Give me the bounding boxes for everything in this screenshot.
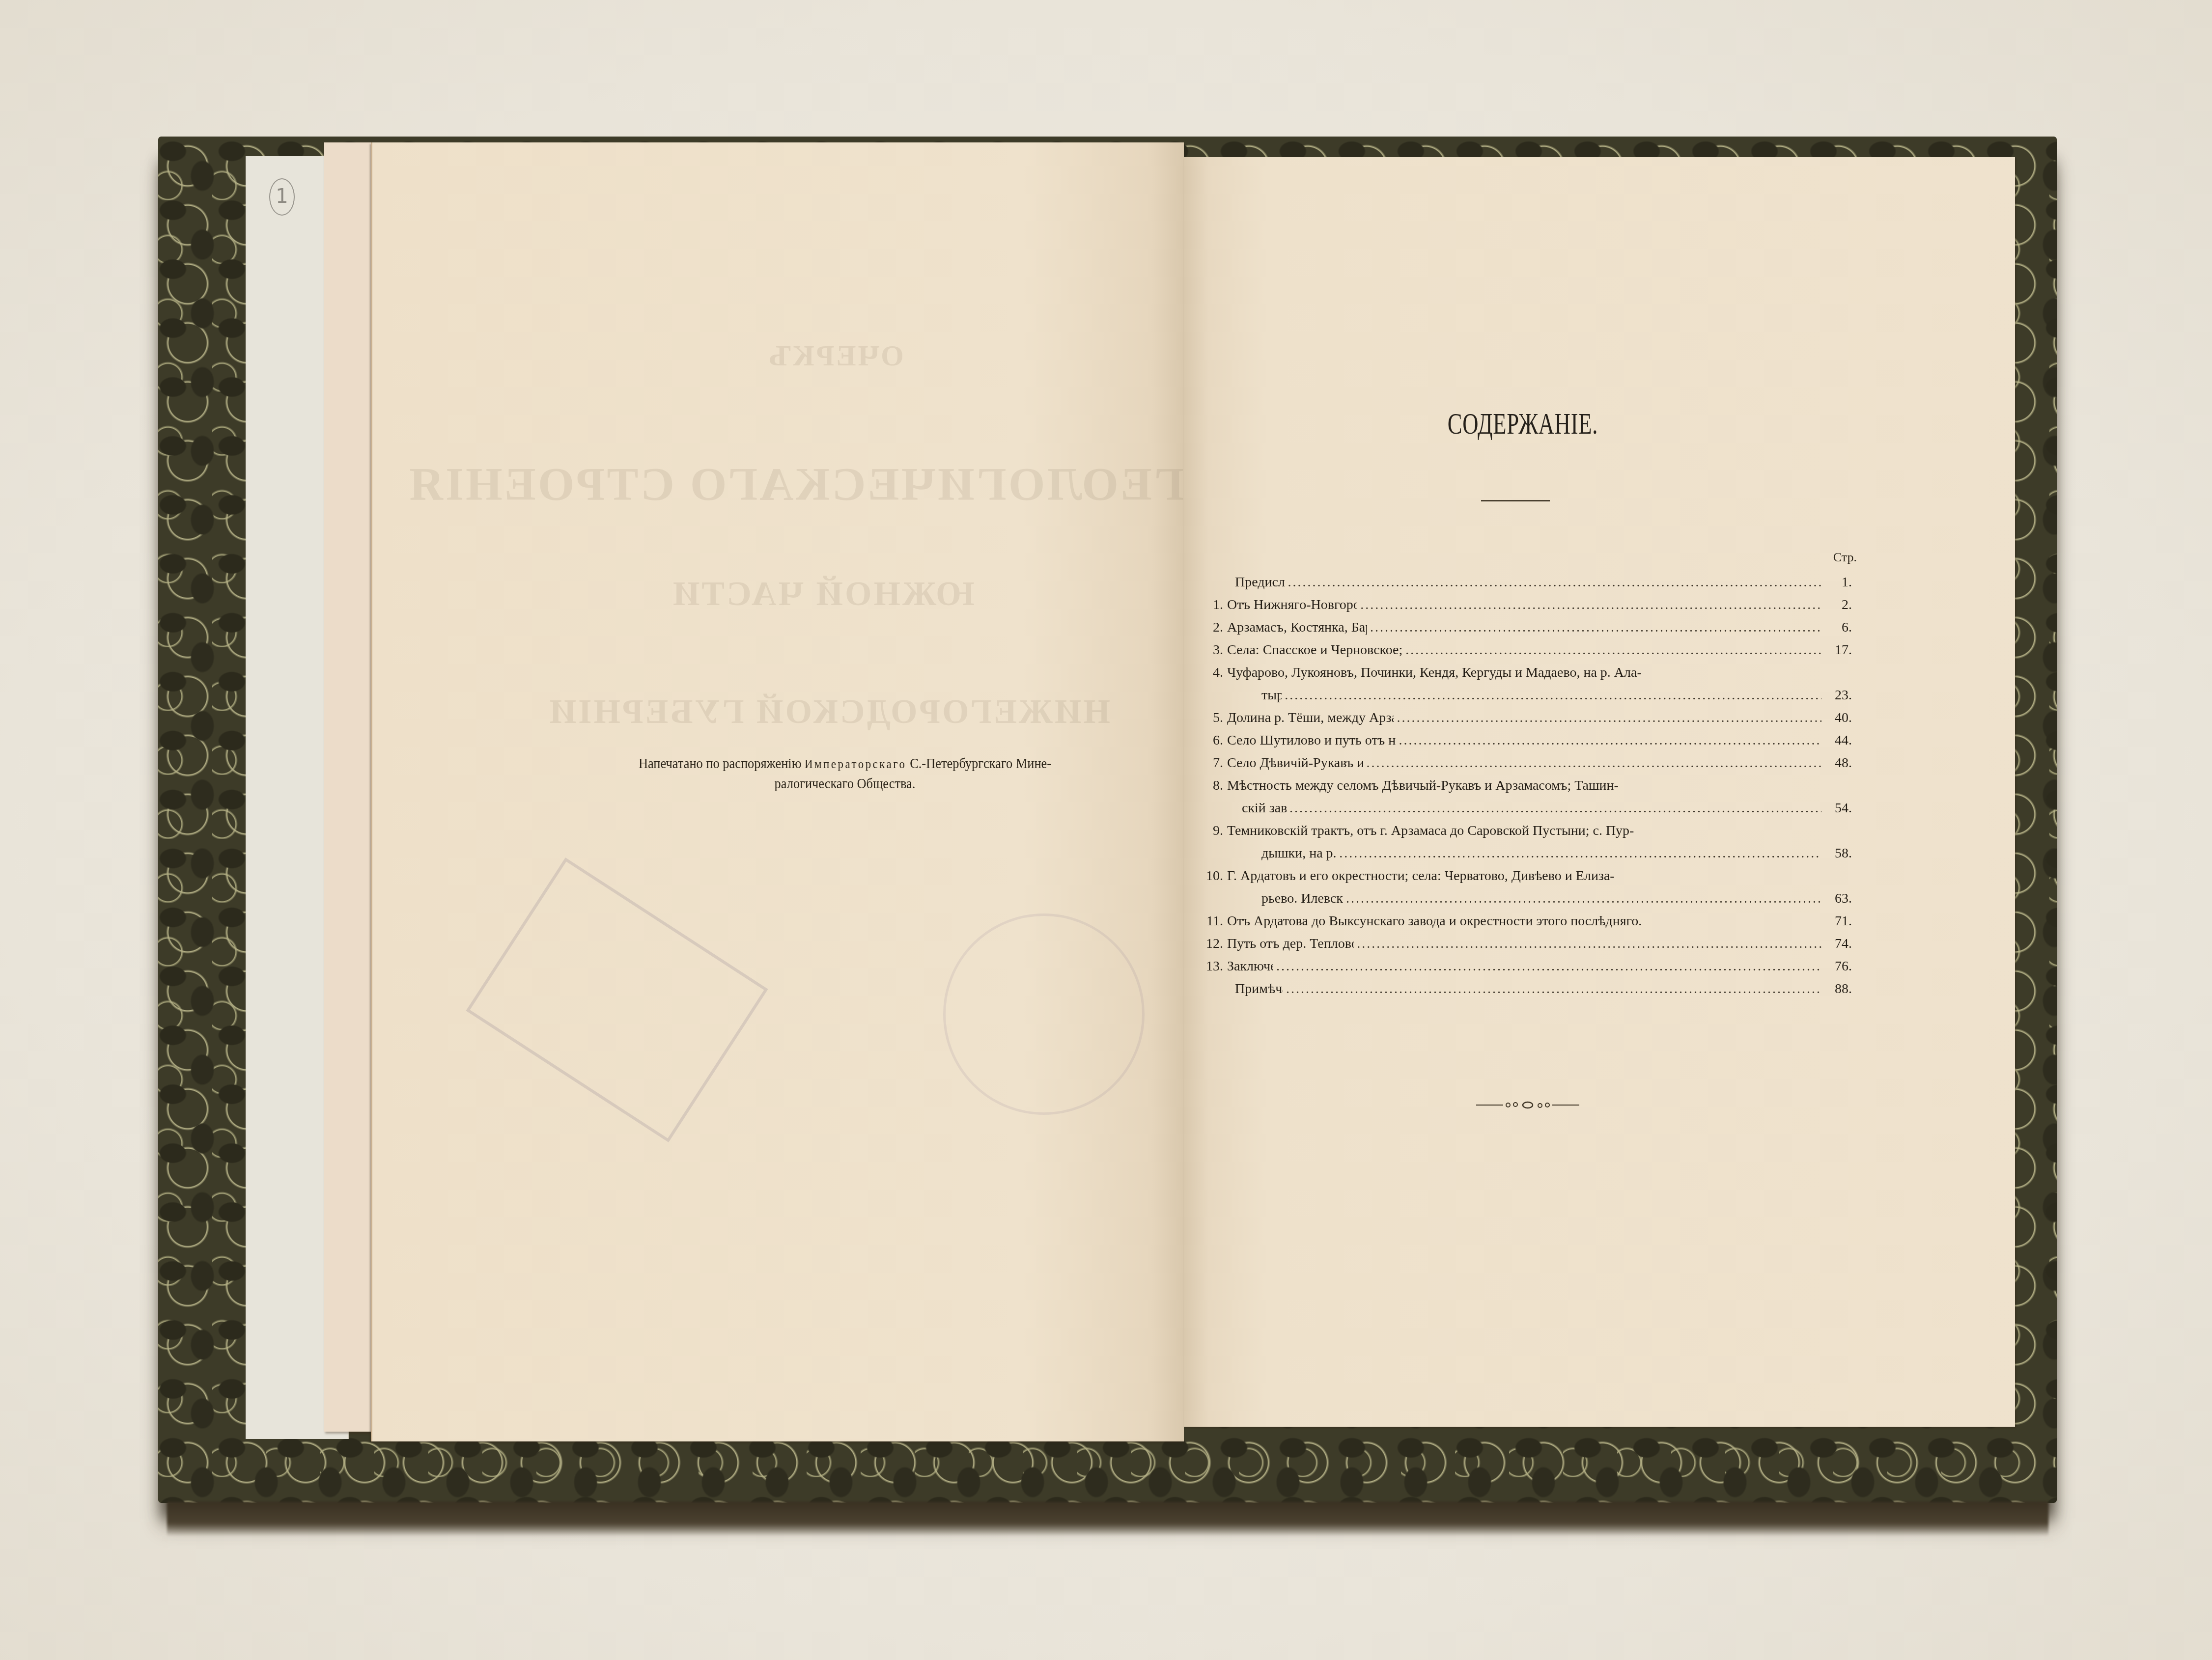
leader-dots xyxy=(1285,684,1821,707)
toc-text: Темниковскій трактъ, отъ г. Арзамаса до … xyxy=(1227,820,1852,842)
toc-text: Мѣстность между селомъ Дѣвичый-Рукавъ и … xyxy=(1227,775,1852,797)
toc-text: Арзамасъ, Костянка, Барнуково и Ичалки xyxy=(1227,616,1367,639)
toc-text-continuation: дышки, на р. Мокшѣ xyxy=(1227,842,1336,865)
toc-text: Чуфарово, Лукояновъ, Починки, Кендя, Кер… xyxy=(1227,662,1852,684)
toc-text: Села: Спасское и Черновское; дер. Свирин… xyxy=(1227,639,1402,662)
leader-dots xyxy=(1357,933,1821,955)
toc-text: Заключеніе xyxy=(1227,955,1273,978)
toc-entry-continuation: скій заводъ 54. xyxy=(1204,797,1852,820)
left-page-edge xyxy=(371,142,372,1441)
toc-page: 54. xyxy=(1824,797,1852,820)
toc-number: 8. xyxy=(1204,775,1227,797)
toc-entry: 1. Отъ Нижняго-Новгорода до Арзамаса 2. xyxy=(1204,594,1852,616)
imprint-line-2: ралогическаго Общества. xyxy=(560,774,1130,794)
leader-dots xyxy=(1346,887,1821,910)
toc-entry-continuation: рьево. Илевскій заводъ 63. xyxy=(1204,887,1852,910)
toc-text-continuation: рьево. Илевскій заводъ xyxy=(1227,887,1343,910)
toc-page: 2. xyxy=(1824,594,1852,616)
leader-dots xyxy=(1339,842,1821,865)
leader-dots xyxy=(1405,639,1821,662)
leader-dots xyxy=(1288,571,1821,594)
leader-dots xyxy=(1370,616,1821,639)
toc-entry: Предисловіе 1. xyxy=(1204,571,1852,594)
toc-text: Долина р. Тёши, между Арзамасомъ и Лукоя… xyxy=(1227,707,1394,729)
toc-text-continuation: скій заводъ xyxy=(1227,797,1287,820)
leader-dots xyxy=(1397,707,1821,729)
toc-entry: 9. Темниковскій трактъ, отъ г. Арзамаса … xyxy=(1204,820,1852,842)
imprint-text: Напечатано по распоряженію Императорскаг… xyxy=(560,754,1130,794)
toc-number: 13. xyxy=(1204,955,1227,978)
toc-number: 9. xyxy=(1204,820,1227,842)
leader-dots xyxy=(1276,955,1821,978)
toc-text: Село Шутилово и путь отъ него въ с. Дѣви… xyxy=(1227,729,1396,752)
toc-page: 40. xyxy=(1824,707,1852,729)
toc-number: 1. xyxy=(1204,594,1227,616)
show-through-title-4: НИЖЕГОРОДСКОЙ ГУБЕРНІИ xyxy=(570,692,1110,732)
toc-entry: 6. Село Шутилово и путь отъ него въ с. Д… xyxy=(1204,729,1852,752)
table-of-contents: Предисловіе 1. 1. Отъ Нижняго-Новгорода … xyxy=(1204,571,1852,1000)
title-rule-divider xyxy=(1481,500,1550,501)
toc-page: 74. xyxy=(1824,933,1852,955)
toc-number: 3. xyxy=(1204,639,1227,662)
show-through-title-1: ОЧЕРКЪ xyxy=(737,339,933,373)
toc-text: Примѣчаніе xyxy=(1227,978,1283,1000)
toc-entry: 12. Путь отъ дер. Тепловой до Арзамаса 7… xyxy=(1204,933,1852,955)
toc-page: 1. xyxy=(1824,571,1852,594)
leader-dots xyxy=(1360,594,1821,616)
toc-page: 6. xyxy=(1824,616,1852,639)
toc-entry-continuation: дышки, на р. Мокшѣ 58. xyxy=(1204,842,1852,865)
toc-number: 7. xyxy=(1204,752,1227,775)
toc-text: Г. Ардатовъ и его окрестности; села: Чер… xyxy=(1227,865,1852,887)
toc-entry: 2. Арзамасъ, Костянка, Барнуково и Ичалк… xyxy=(1204,616,1852,639)
toc-entry: 4. Чуфарово, Лукояновъ, Починки, Кендя, … xyxy=(1204,662,1852,684)
toc-page: 44. xyxy=(1824,729,1852,752)
toc-number: 5. xyxy=(1204,707,1227,729)
toc-number: 12. xyxy=(1204,933,1227,955)
toc-entry: 3. Села: Спасское и Черновское; дер. Сви… xyxy=(1204,639,1852,662)
toc-number: 6. xyxy=(1204,729,1227,752)
toc-entry: 5. Долина р. Тёши, между Арзамасомъ и Лу… xyxy=(1204,707,1852,729)
page-title: СОДЕРЖАНІЕ. xyxy=(1381,407,1664,442)
toc-number: 2. xyxy=(1204,616,1227,639)
toc-entry: 11. Отъ Ардатова до Выксунскаго завода и… xyxy=(1204,910,1852,933)
leader-dots xyxy=(1286,978,1821,1000)
toc-entry: 10. Г. Ардатовъ и его окрестности; села:… xyxy=(1204,865,1852,887)
toc-entry: 13. Заключеніе 76. xyxy=(1204,955,1852,978)
toc-page: 76. xyxy=(1824,955,1852,978)
show-through-oval-stamp xyxy=(943,913,1145,1115)
toc-entry-continuation: тырѣ 23. xyxy=(1204,684,1852,707)
toc-entry: 8. Мѣстность между селомъ Дѣвичый-Рукавъ… xyxy=(1204,775,1852,797)
tailpiece-ornament-icon xyxy=(1476,1099,1579,1111)
toc-number: 10. xyxy=(1204,865,1227,887)
toc-page: 63. xyxy=(1824,887,1852,910)
toc-page: 17. xyxy=(1824,639,1852,662)
toc-text: Отъ Ардатова до Выксунскаго завода и окр… xyxy=(1227,910,1824,933)
page-column-header: Стр. xyxy=(1818,550,1857,565)
leader-dots xyxy=(1366,752,1821,775)
imprint-line-1-start: Напечатано по распоряженію xyxy=(639,755,805,772)
toc-text: Отъ Нижняго-Новгорода до Арзамаса xyxy=(1227,594,1357,616)
toc-entry: Примѣчаніе 88. xyxy=(1204,978,1852,1000)
imprint-line-1: Напечатано по распоряженію Императорскаг… xyxy=(560,754,1130,774)
toc-page: 48. xyxy=(1824,752,1852,775)
show-through-title-2: ГЕОЛОГИЧЕСКАГО СТРОЕНІЯ xyxy=(506,457,1184,511)
toc-page: 71. xyxy=(1824,910,1852,933)
leader-dots xyxy=(1289,797,1821,820)
leader-dots xyxy=(1399,729,1822,752)
pencil-circled-number: 1 xyxy=(269,178,295,216)
toc-text: Село Дѣвичій-Рукавъ и его окрестности xyxy=(1227,752,1363,775)
cover-bottom-edge xyxy=(167,1502,2048,1536)
toc-number: 4. xyxy=(1204,662,1227,684)
toc-page: 23. xyxy=(1824,684,1852,707)
toc-page: 58. xyxy=(1824,842,1852,865)
toc-number: 11. xyxy=(1204,910,1227,933)
imprint-line-1-end: С.-Петербургскаго Мине- xyxy=(907,755,1052,772)
toc-text-continuation: тырѣ xyxy=(1227,684,1282,707)
imprint-line-1-imperial: Императорскаго xyxy=(805,757,907,771)
show-through-title-3: ЮЖНОЙ ЧАСТИ xyxy=(663,575,982,614)
toc-page: 88. xyxy=(1824,978,1852,1000)
toc-entry: 7. Село Дѣвичій-Рукавъ и его окрестности… xyxy=(1204,752,1852,775)
toc-text: Путь отъ дер. Тепловой до Арзамаса xyxy=(1227,933,1354,955)
toc-text: Предисловіе xyxy=(1227,571,1285,594)
